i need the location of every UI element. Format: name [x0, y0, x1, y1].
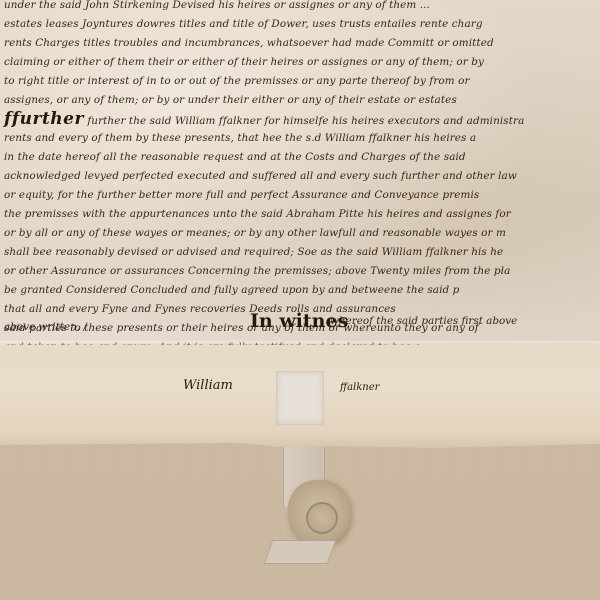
- deed-parchment: under the said John Stirkening Devised h…: [0, 0, 600, 345]
- emphasized-word: ffurther: [4, 109, 84, 129]
- signature-last-name: ffalkner: [340, 382, 379, 393]
- seal-paper-patch: [276, 371, 324, 425]
- seal-tag-tail: [264, 540, 337, 564]
- text-line: the premisses with the appurtenances unt…: [4, 205, 600, 224]
- text-line: acknowledged levyed perfected executed a…: [4, 167, 600, 186]
- text-line: shall bee reasonably devised or advised …: [4, 243, 600, 262]
- text-line: estates leases Joyntures dowres titles a…: [4, 15, 600, 34]
- text-line: or other Assurance or assurances Concern…: [4, 262, 600, 281]
- text-line: rents and every of them by these present…: [4, 129, 600, 148]
- text-line: assignes, or any of them; or by or under…: [4, 91, 600, 110]
- seal-emboss-icon: [306, 502, 338, 534]
- text-line: claiming or either of them their or eith…: [4, 53, 600, 72]
- text-line: further the said William ffalkner for hi…: [87, 115, 524, 127]
- witness-clause-rest: whereof the said parties first above: [330, 315, 517, 327]
- text-line: rents Charges titles troubles and incumb…: [4, 34, 600, 53]
- text-line-emphasized: ffurther further the said William ffalkn…: [4, 110, 600, 129]
- signature-first-name: William: [183, 378, 233, 393]
- text-line-final: above written. /: [4, 321, 87, 333]
- text-line: or equity, for the further better more f…: [4, 186, 600, 205]
- text-line: be granted Considered Concluded and full…: [4, 281, 600, 300]
- text-line: under the said John Stirkening Devised h…: [4, 0, 600, 15]
- text-line: in the date hereof all the reasonable re…: [4, 148, 600, 167]
- text-line: or by all or any of these wayes or meane…: [4, 224, 600, 243]
- text-line: to right title or interest of in to or o…: [4, 72, 600, 91]
